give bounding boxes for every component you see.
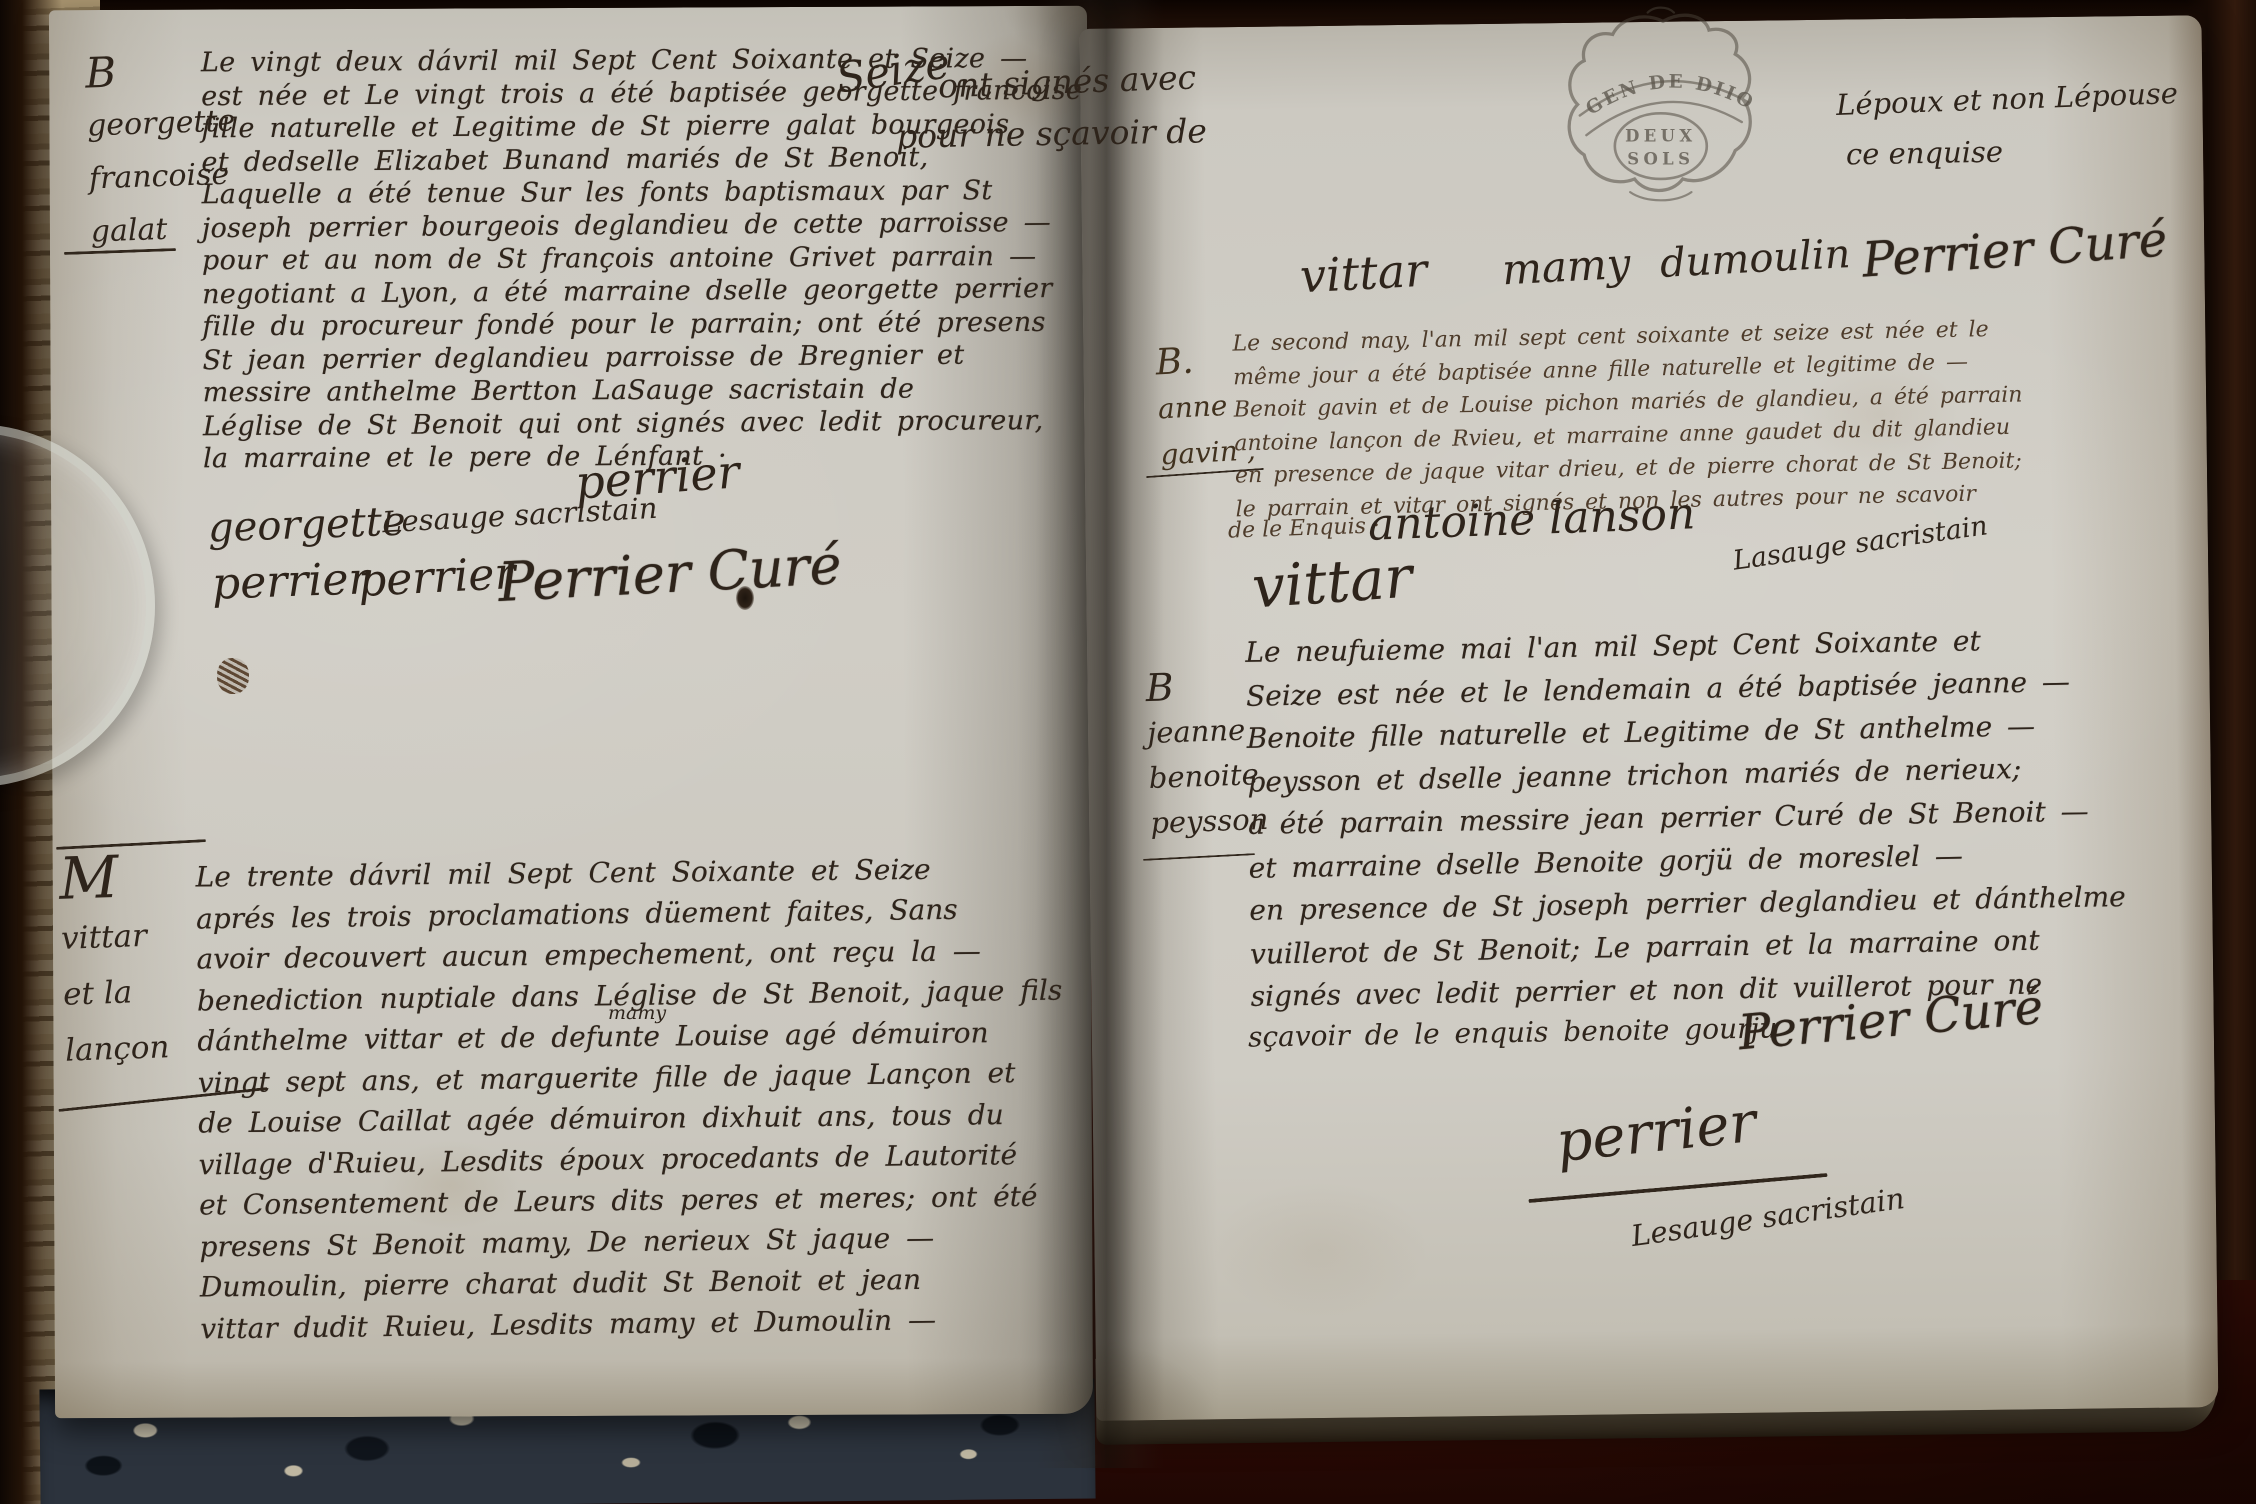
stamp-center-oval xyxy=(1615,113,1707,179)
signature-georgette: georgette xyxy=(207,499,406,552)
manuscript-line: pour et au nom de St françois antoine Gr… xyxy=(202,240,1083,278)
header-line2: pour ne sçavoir de xyxy=(896,111,1207,155)
interline-insertion: mamy xyxy=(608,1002,666,1024)
manuscript-photo: Bgeorgettefrancoisegalat Le vingt deux d… xyxy=(0,0,2256,1504)
signature-perrier-father: perrier xyxy=(211,553,370,609)
manuscript-line: fille du procureur fondé pour le parrain… xyxy=(202,306,1083,344)
ink-blot xyxy=(217,658,249,694)
manuscript-line: joseph perrier bourgeois deglandieu de c… xyxy=(202,206,1083,245)
manuscript-line: negotiant a Lyon, a été marraine dselle … xyxy=(202,272,1083,311)
tax-stamp-gen-de-dijon: GEN DE DIION DEUX SOLS xyxy=(1552,6,1774,214)
manuscript-line: Laquelle a été tenue Sur les fonts bapti… xyxy=(202,174,1083,212)
signature-vittar: vittar xyxy=(1299,243,1429,304)
margin-word: M xyxy=(58,843,165,911)
record-closing-words: de le Enquis · xyxy=(1228,513,1381,543)
signature-mamy: mamy xyxy=(1501,239,1632,295)
manuscript-line: St jean perrier deglandieu parroisse de … xyxy=(202,338,1083,377)
margin-word: et la xyxy=(62,963,168,1023)
manuscript-line: Léglise de St Benoit qui ont signés avec… xyxy=(203,404,1084,443)
signature-perrier-godmother: perrier xyxy=(357,548,517,607)
margin-word: lançon xyxy=(64,1019,170,1079)
paper-stain xyxy=(1210,1180,1430,1320)
marriage-record-vittar-lancon: Le trente dávril mil Sept Cent Soixante … xyxy=(195,847,1065,1348)
baptism-record-georgette: Le vingt deux dávril mil Sept Cent Soixa… xyxy=(201,42,1084,476)
margin-word: vittar xyxy=(60,907,166,967)
signature-vittar: vittar xyxy=(1250,542,1415,621)
margin-note-vittar-lancon: Mvittaret lalançon xyxy=(58,843,170,1079)
manuscript-line: messire anthelme Bertton LaSauge sacrist… xyxy=(203,372,1084,410)
stamp-value-line2: SOLS xyxy=(1627,150,1694,169)
baptism-record-jeanne-benoite: Le neufuieme mai l'an mil Sept Cent Soix… xyxy=(1245,617,2127,1018)
header-note2: ce enquise xyxy=(1846,135,2004,172)
stamp-value-line1: DEUX xyxy=(1625,127,1696,146)
